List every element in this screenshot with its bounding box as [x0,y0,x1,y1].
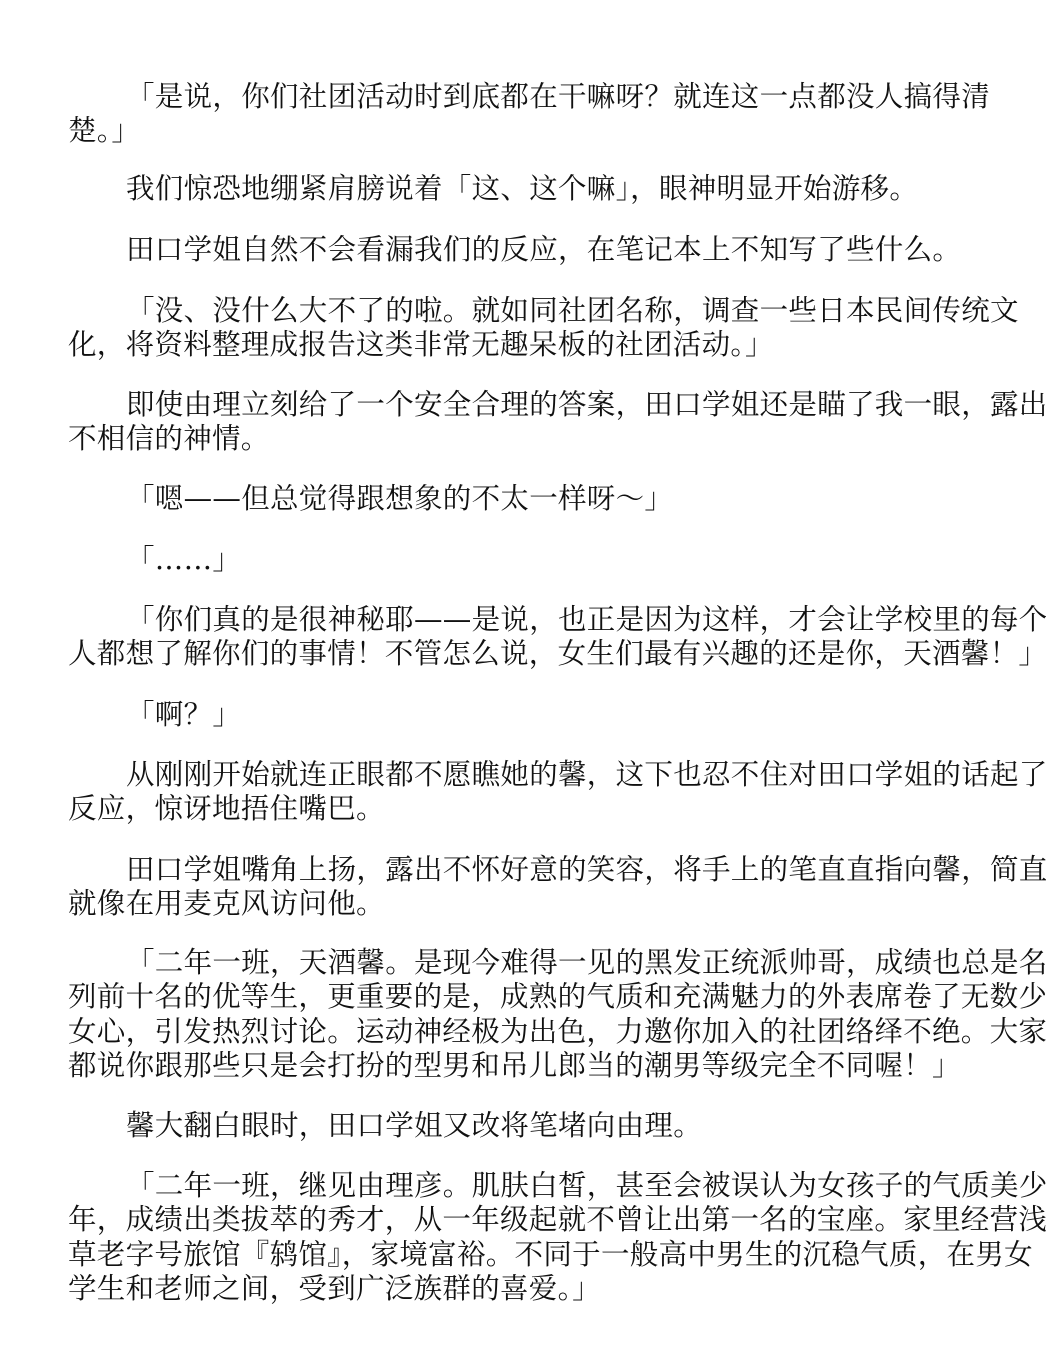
text-line: 列前十名的优等生，更重要的是，成熟的气质和充满魅力的外表席卷了无数少 [68,980,973,1014]
text-line: 都说你跟那些只是会打扮的型男和吊儿郎当的潮男等级完全不同喔！」 [68,1049,973,1083]
paragraph-14: 「二年一班，继见由理彦。肌肤白皙，甚至会被误认为女孩子的气质美少 年，成绩出类拔… [68,1169,973,1306]
text-line: 「啊？」 [68,698,973,732]
text-line: 「是说，你们社团活动时到底都在干嘛呀？就连这一点都没人搞得清 [68,80,973,114]
paragraph-2: 我们惊恐地绷紧肩膀说着「这、这个嘛」，眼神明显开始游移。 [68,172,973,206]
text-line: 我们惊恐地绷紧肩膀说着「这、这个嘛」，眼神明显开始游移。 [68,172,973,206]
text-line: 「没、没什么大不了的啦。就如同社团名称，调查一些日本民间传统文 [68,294,973,328]
text-line: 从刚刚开始就连正眼都不愿瞧她的馨，这下也忍不住对田口学姐的话起了 [68,758,973,792]
text-line: 「二年一班，天酒馨。是现今难得一见的黑发正统派帅哥，成绩也总是名 [68,946,973,980]
text-line: 田口学姐嘴角上扬，露出不怀好意的笑容，将手上的笔直直指向馨，简直 [68,853,973,887]
paragraph-10: 从刚刚开始就连正眼都不愿瞧她的馨，这下也忍不住对田口学姐的话起了 反应，惊讶地捂… [68,758,973,827]
paragraph-6: 「嗯——但总觉得跟想象的不太一样呀～」 [68,482,973,516]
text-line: 人都想了解你们的事情！不管怎么说，女生们最有兴趣的还是你，天酒馨！」 [68,637,973,671]
paragraph-12: 「二年一班，天酒馨。是现今难得一见的黑发正统派帅哥，成绩也总是名 列前十名的优等… [68,946,973,1083]
text-line: 「嗯——但总觉得跟想象的不太一样呀～」 [68,482,973,516]
text-line: 即使由理立刻给了一个安全合理的答案，田口学姐还是瞄了我一眼，露出 [68,388,973,422]
text-line: 草老字号旅馆『鸫馆』，家境富裕。不同于一般高中男生的沉稳气质，在男女 [68,1238,973,1272]
text-line: 「……」 [68,543,973,577]
text-line: 反应，惊讶地捂住嘴巴。 [68,792,973,826]
text-line: 就像在用麦克风访问他。 [68,887,973,921]
paragraph-13: 馨大翻白眼时，田口学姐又改将笔堵向由理。 [68,1109,973,1143]
text-line: 化，将资料整理成报告这类非常无趣呆板的社团活动。」 [68,328,973,362]
text-line: 馨大翻白眼时，田口学姐又改将笔堵向由理。 [68,1109,973,1143]
paragraph-5: 即使由理立刻给了一个安全合理的答案，田口学姐还是瞄了我一眼，露出 不相信的神情。 [68,388,973,457]
paragraph-8: 「你们真的是很神秘耶——是说，也正是因为这样，才会让学校里的每个 人都想了解你们… [68,603,973,672]
paragraph-9: 「啊？」 [68,698,973,732]
text-line: 「你们真的是很神秘耶——是说，也正是因为这样，才会让学校里的每个 [68,603,973,637]
text-line: 女心，引发热烈讨论。运动神经极为出色，力邀你加入的社团络绎不绝。大家 [68,1015,973,1049]
text-line: 学生和老师之间，受到广泛族群的喜爱。」 [68,1272,973,1306]
document-page: 「是说，你们社团活动时到底都在干嘛呀？就连这一点都没人搞得清 楚。」 我们惊恐地… [0,0,1046,1354]
text-line: 「二年一班，继见由理彦。肌肤白皙，甚至会被误认为女孩子的气质美少 [68,1169,973,1203]
text-line: 年，成绩出类拔萃的秀才，从一年级起就不曾让出第一名的宝座。家里经营浅 [68,1203,973,1237]
text-line: 田口学姐自然不会看漏我们的反应，在笔记本上不知写了些什么。 [68,233,973,267]
paragraph-3: 田口学姐自然不会看漏我们的反应，在笔记本上不知写了些什么。 [68,233,973,267]
paragraph-4: 「没、没什么大不了的啦。就如同社团名称，调查一些日本民间传统文 化，将资料整理成… [68,294,973,363]
paragraph-11: 田口学姐嘴角上扬，露出不怀好意的笑容，将手上的笔直直指向馨，简直 就像在用麦克风… [68,853,973,922]
paragraph-7: 「……」 [68,543,973,577]
text-line: 楚。」 [68,114,973,148]
text-line: 不相信的神情。 [68,422,973,456]
paragraph-1: 「是说，你们社团活动时到底都在干嘛呀？就连这一点都没人搞得清 楚。」 [68,80,973,149]
